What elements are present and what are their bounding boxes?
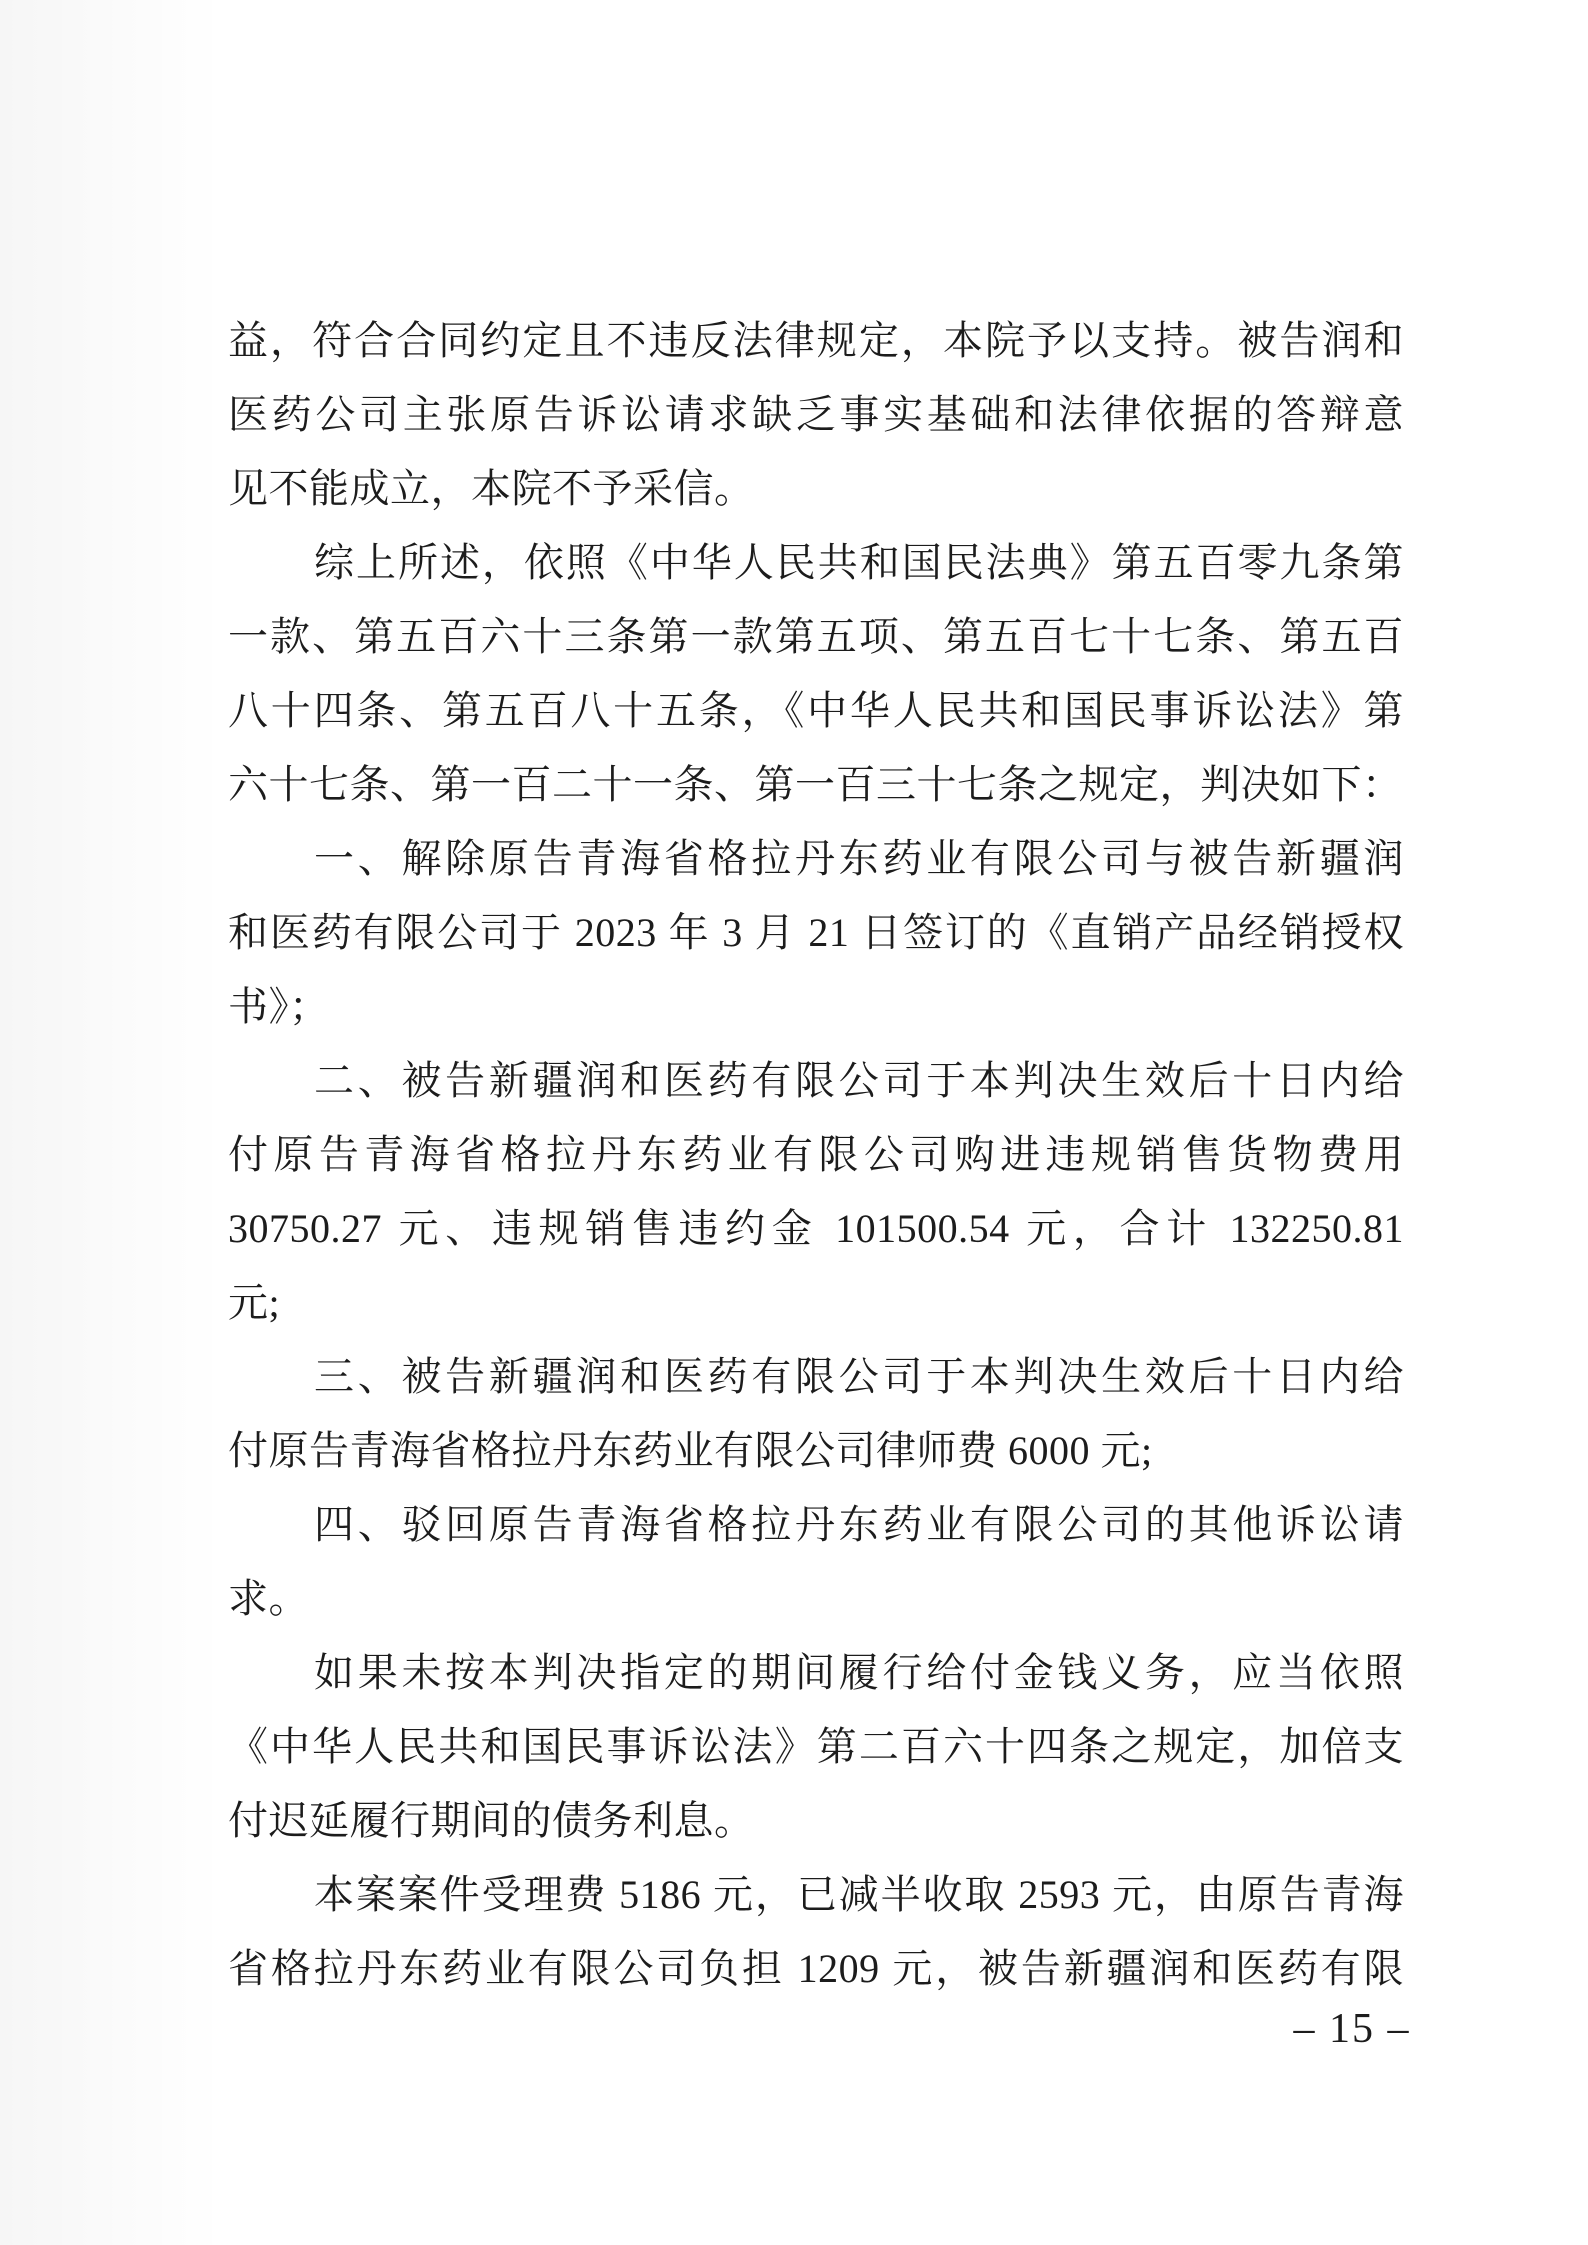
text-body: 益，符合合同约定且不违反法律规定，本院予以支持。被告润和医药公司主张原告诉讼请求… (228, 304, 1404, 2006)
text-line: 求。 (228, 1562, 1404, 1636)
text-line: 二、被告新疆润和医药有限公司于本判决生效后十日内给 (228, 1044, 1404, 1118)
text-line: 省格拉丹东药业有限公司负担 1209 元，被告新疆润和医药有限 (228, 1932, 1404, 2006)
text-line: 付原告青海省格拉丹东药业有限公司购进违规销售货物费用 (228, 1118, 1404, 1192)
text-line: 见不能成立，本院不予采信。 (228, 452, 1404, 526)
text-line: 如果未按本判决指定的期间履行给付金钱义务，应当依照 (228, 1636, 1404, 1710)
text-line: 一、解除原告青海省格拉丹东药业有限公司与被告新疆润 (228, 822, 1404, 896)
text-line: 八十四条、第五百八十五条，《中华人民共和国民事诉讼法》第 (228, 674, 1404, 748)
text-line: 《中华人民共和国民事诉讼法》第二百六十四条之规定，加倍支 (228, 1710, 1404, 1784)
text-line: 付迟延履行期间的债务利息。 (228, 1784, 1404, 1858)
text-line: 书》； (228, 970, 1404, 1044)
text-line: 元; (228, 1266, 1404, 1340)
text-line: 30750.27 元、违规销售违约金 101500.54 元，合计 132250… (228, 1192, 1404, 1266)
document-page: 益，符合合同约定且不违反法律规定，本院予以支持。被告润和医药公司主张原告诉讼请求… (0, 0, 1588, 2245)
text-line: 一款、第五百六十三条第一款第五项、第五百七十七条、第五百 (228, 600, 1404, 674)
text-line: 医药公司主张原告诉讼请求缺乏事实基础和法律依据的答辩意 (228, 378, 1404, 452)
text-line: 付原告青海省格拉丹东药业有限公司律师费 6000 元; (228, 1414, 1404, 1488)
text-line: 益，符合合同约定且不违反法律规定，本院予以支持。被告润和 (228, 304, 1404, 378)
text-line: 六十七条、第一百二十一条、第一百三十七条之规定，判决如下： (228, 748, 1404, 822)
text-line: 三、被告新疆润和医药有限公司于本判决生效后十日内给 (228, 1340, 1404, 1414)
page-number: – 15 – (1280, 2006, 1424, 2052)
text-line: 综上所述，依照《中华人民共和国民法典》第五百零九条第 (228, 526, 1404, 600)
text-line: 和医药有限公司于 2023 年 3 月 21 日签订的《直销产品经销授权 (228, 896, 1404, 970)
text-line: 四、驳回原告青海省格拉丹东药业有限公司的其他诉讼请 (228, 1488, 1404, 1562)
text-line: 本案案件受理费 5186 元，已减半收取 2593 元，由原告青海 (228, 1858, 1404, 1932)
